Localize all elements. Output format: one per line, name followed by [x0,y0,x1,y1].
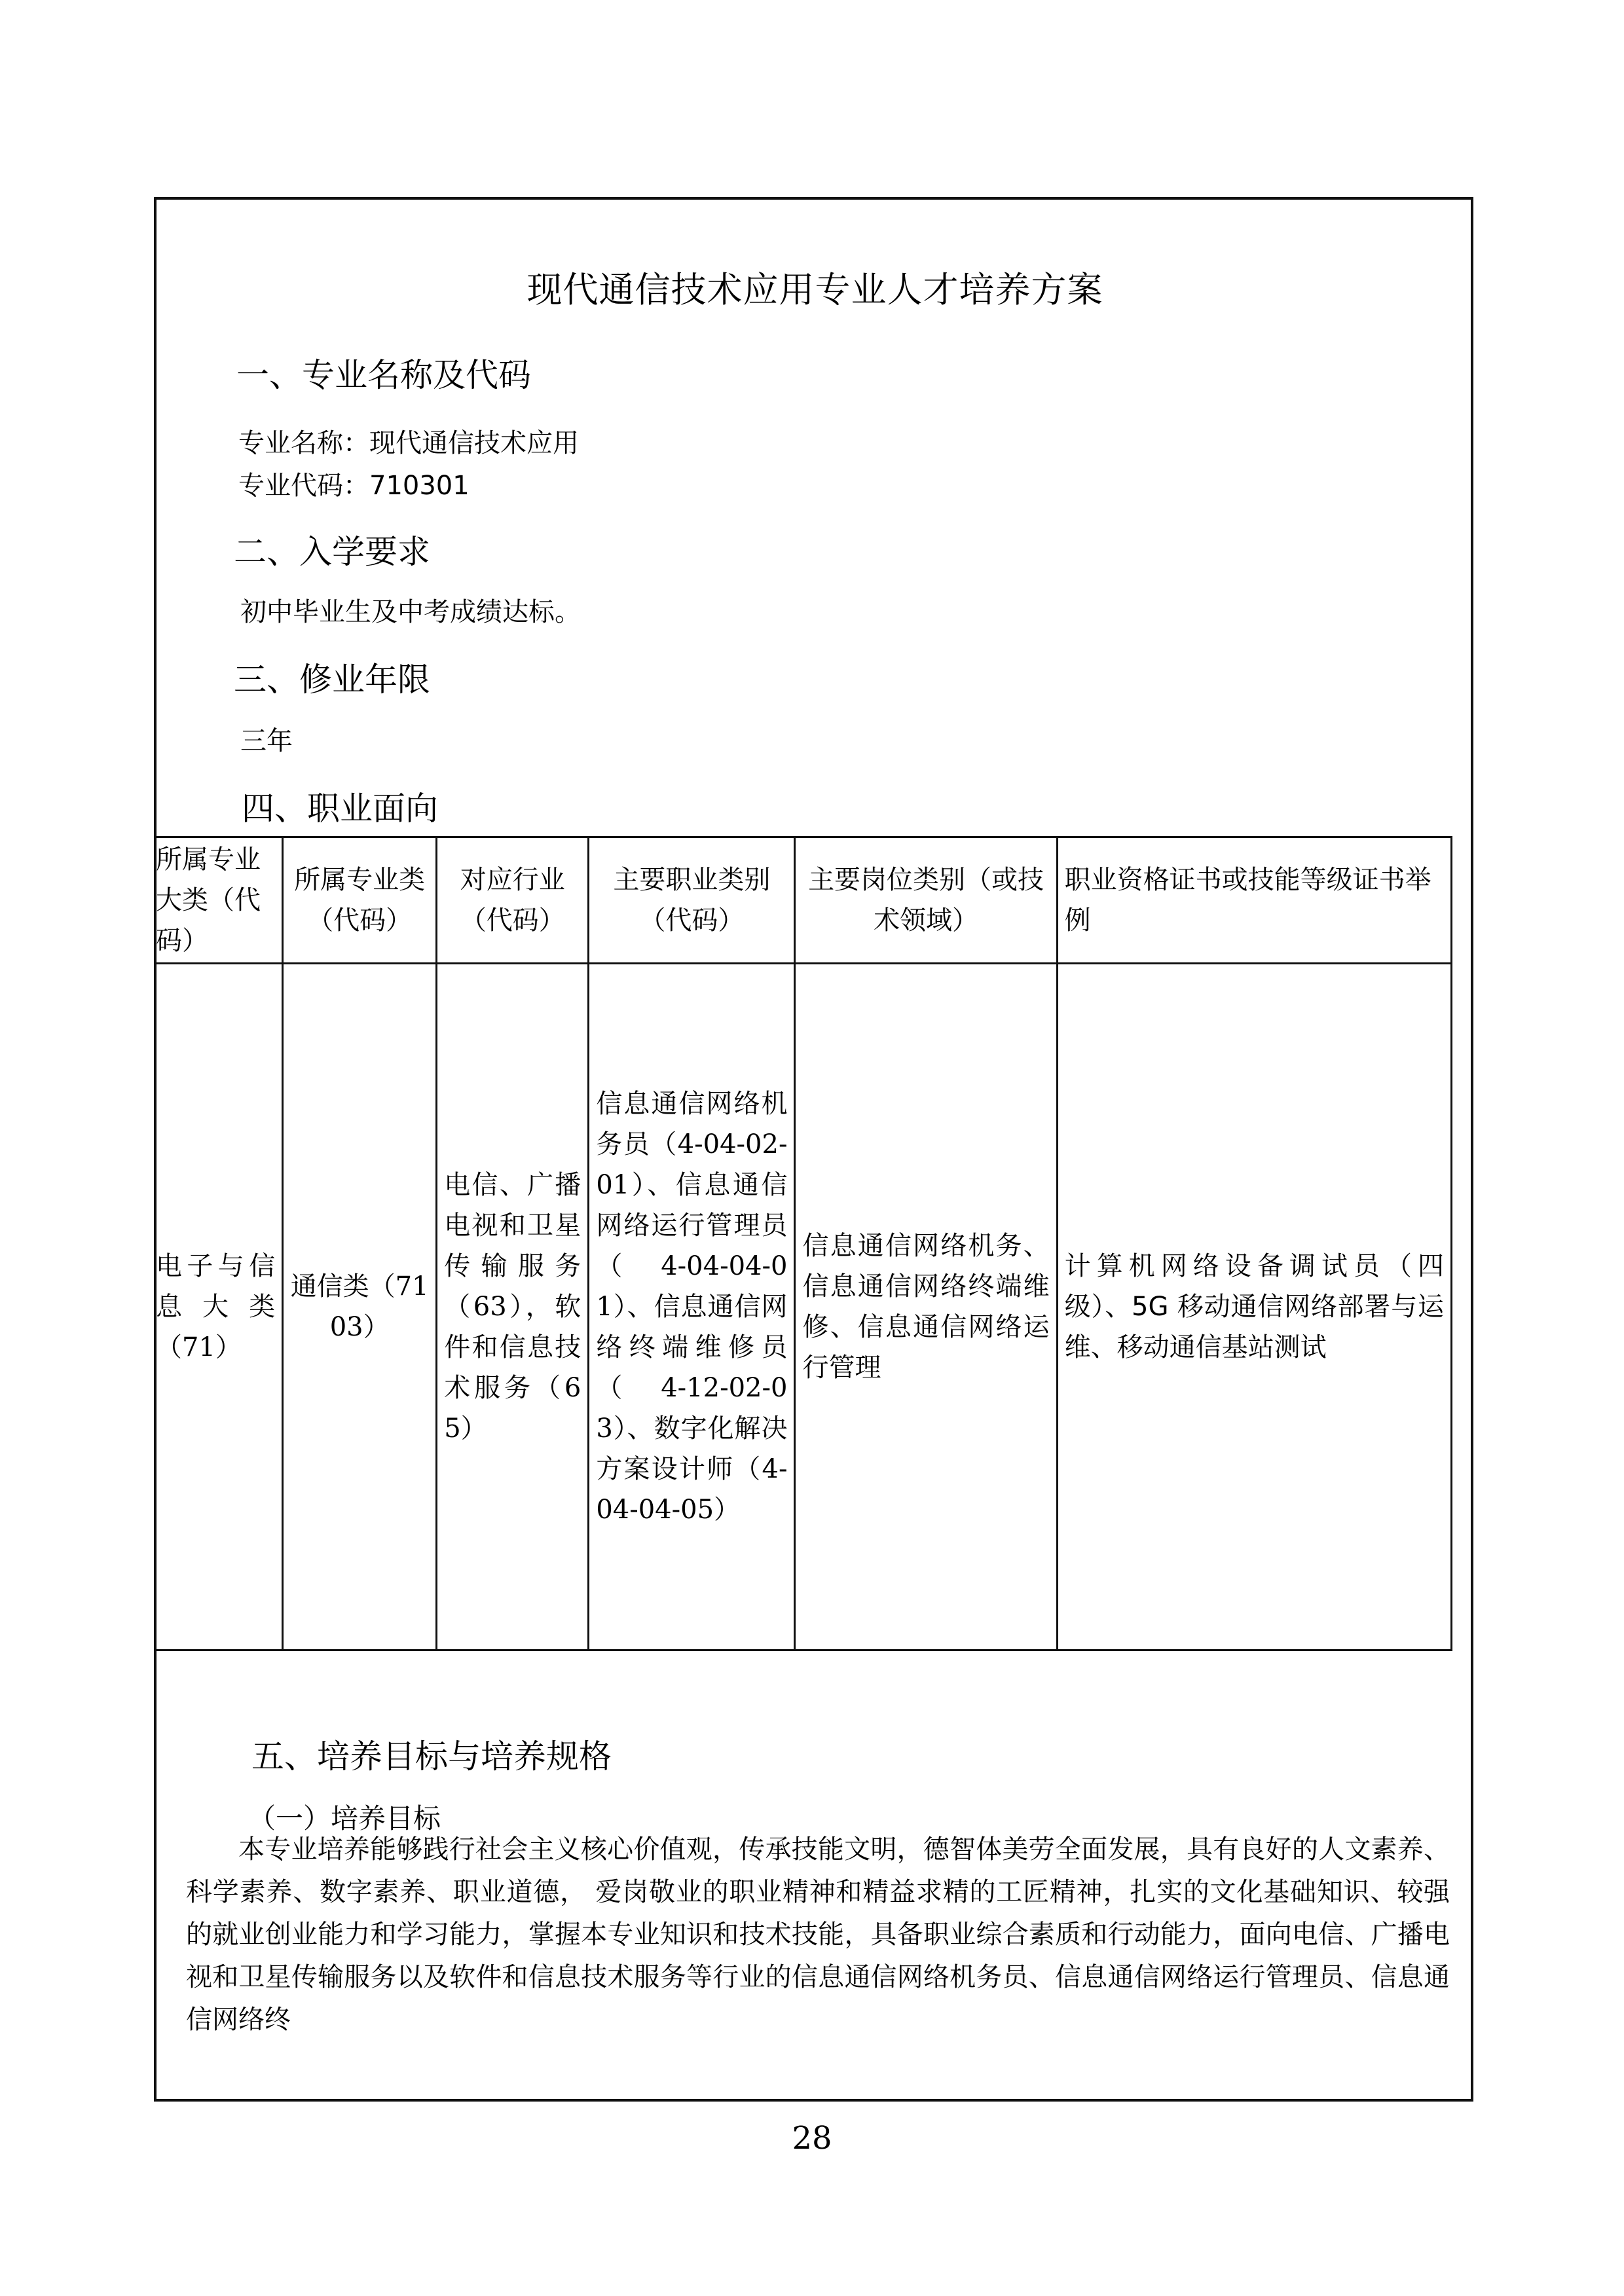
header-industry: 对应行业（代码） [437,837,589,964]
admission-requirement: 初中毕业生及中考成绩达标。 [240,591,581,629]
page-frame: 现代通信技术应用专业人才培养方案 一、专业名称及代码 专业名称：现代通信技术应用… [154,197,1473,2102]
training-goal-text: 本专业培养能够践行社会主义核心价值观，传承技能文明，德智体美劳全面发展，具有良好… [186,1829,1450,2041]
section-1-heading: 一、专业名称及代码 [236,349,531,396]
section-3-heading: 三、修业年限 [234,653,430,701]
header-position: 主要岗位类别（或技术领域） [795,837,1057,964]
header-major-class: 所属专业类（代码） [283,837,437,964]
cell-occupation: 信息通信网络机务员（4-04-02-01）、信息通信网络运行管理员（4-04-0… [589,964,795,1650]
cell-industry: 电信、广播电视和卫星传输服务（63），软件和信息技术服务（65） [437,964,589,1650]
header-occupation: 主要职业类别（代码） [589,837,795,964]
cell-position: 信息通信网络机务、信息通信网络终端维修、信息通信网络运行管理 [795,964,1057,1650]
major-name-line: 专业名称：现代通信技术应用 [238,422,579,460]
section-4-heading: 四、职业面向 [242,782,438,829]
cell-certificate: 计算机网络设备调试员（四级）、5G 移动通信网络部署与运维、移动通信基站测试 [1057,964,1451,1650]
section-2-heading: 二、入学要求 [234,526,430,573]
document-title: 现代通信技术应用专业人才培养方案 [157,262,1473,312]
study-duration: 三年 [240,720,293,757]
cell-major-category: 电子与信息大类（71） [155,964,283,1650]
training-goal-paragraph: 本专业培养能够践行社会主义核心价值观，传承技能文明，德智体美劳全面发展，具有良好… [186,1829,1450,2041]
table-header-row: 所属专业大类（代码） 所属专业类（代码） 对应行业（代码） 主要职业类别（代码）… [155,837,1452,964]
cell-major-class: 通信类（7103） [283,964,437,1650]
header-certificate: 职业资格证书或技能等级证书举例 [1057,837,1451,964]
career-orientation-table: 所属专业大类（代码） 所属专业类（代码） 对应行业（代码） 主要职业类别（代码）… [154,836,1452,1651]
section-5-heading: 五、培养目标与培养规格 [251,1730,612,1777]
table-row: 电子与信息大类（71） 通信类（7103） 电信、广播电视和卫星传输服务（63）… [155,964,1452,1650]
header-major-category: 所属专业大类（代码） [155,837,283,964]
major-code-line: 专业代码：710301 [238,465,470,502]
page-number: 28 [0,2120,1624,2157]
